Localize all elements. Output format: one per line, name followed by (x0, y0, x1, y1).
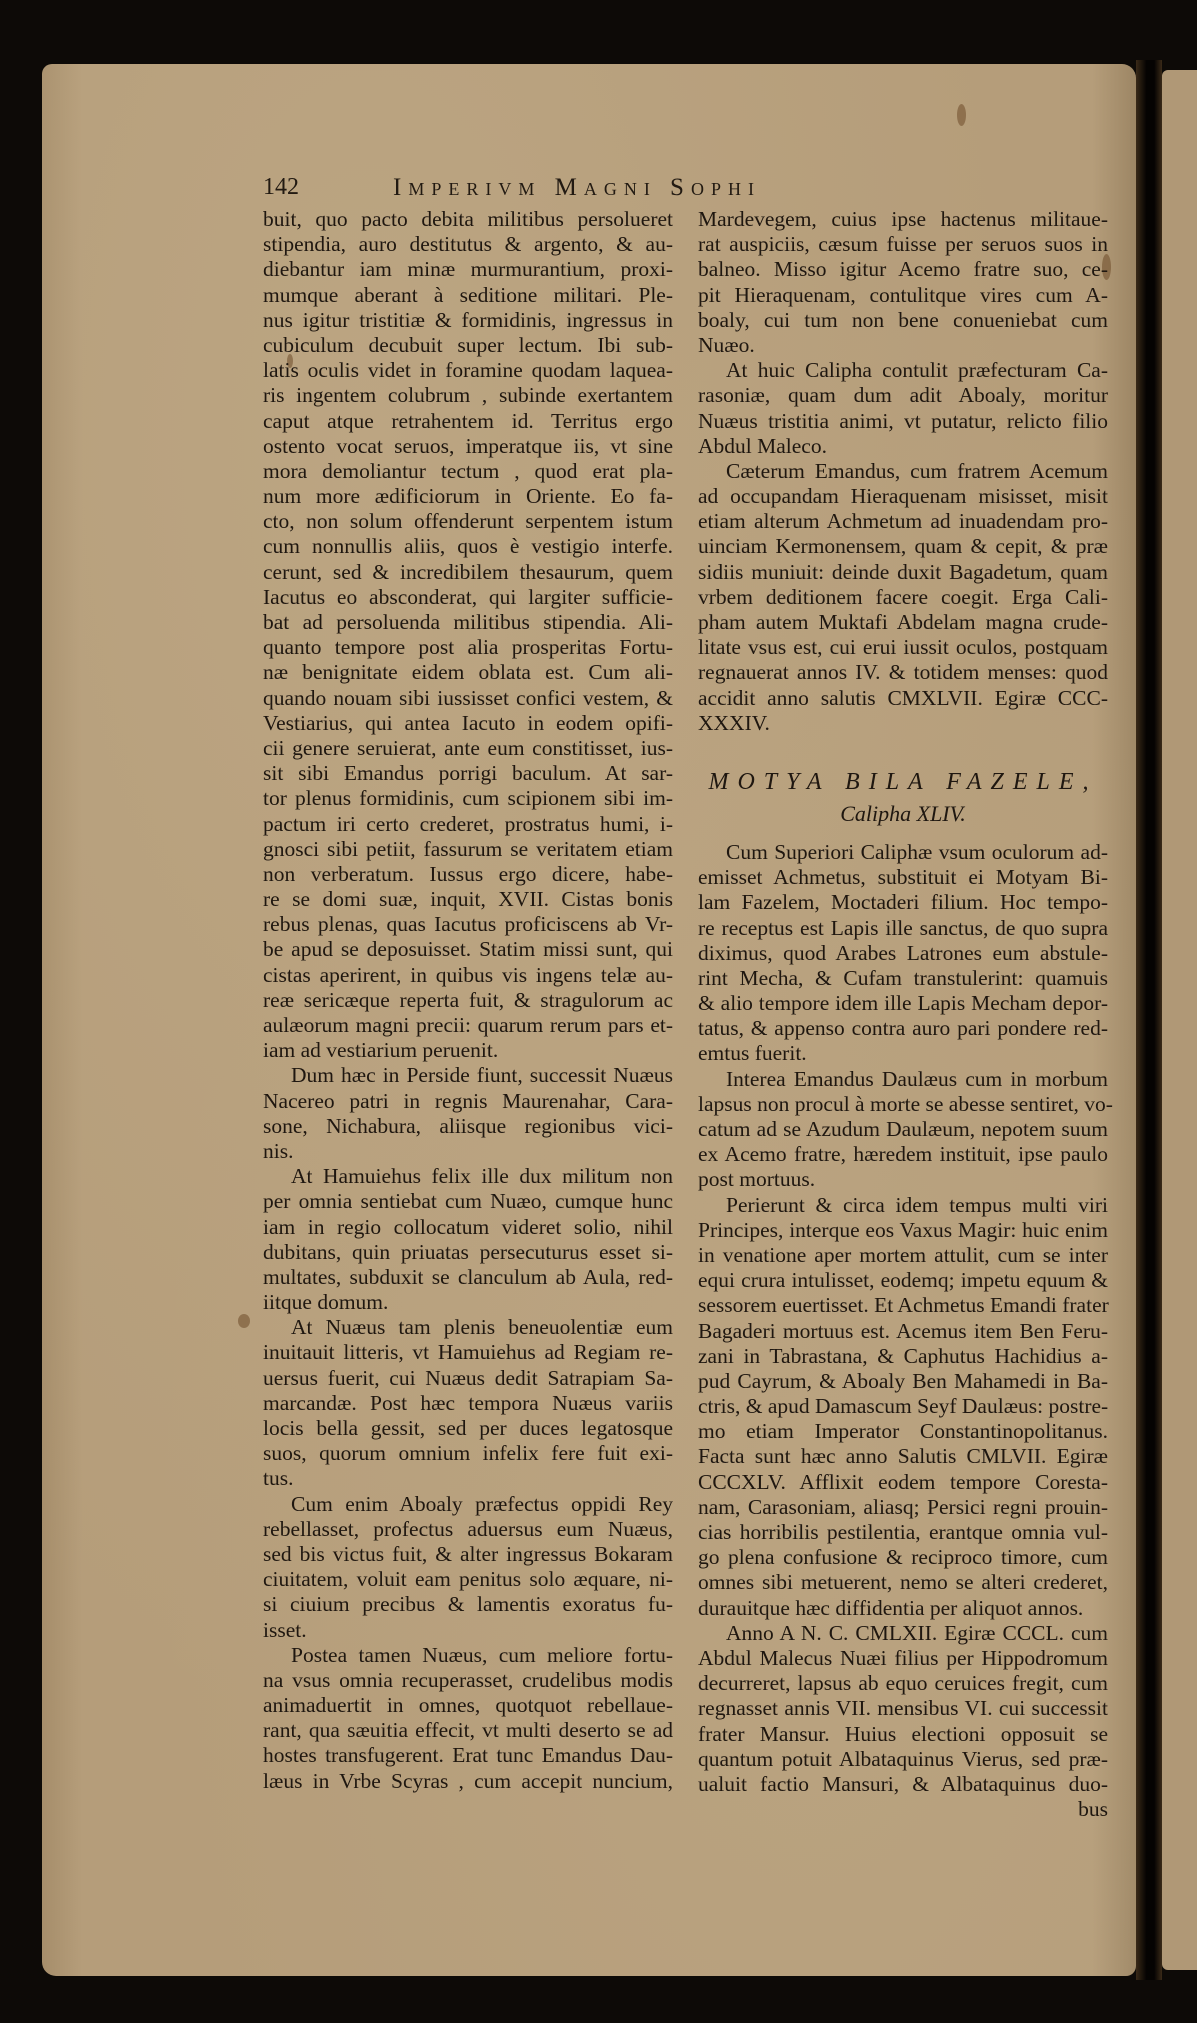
text-line: tatus, & appenso contra auro pari ponder… (698, 1016, 1108, 1041)
text-line: Cum enim Aboaly præfectus oppidi Rey (263, 1492, 673, 1517)
text-line: XXXIV. (698, 711, 1108, 736)
text-line: ostento vocat seruos, imperatque iis, vt… (263, 434, 673, 459)
text-line: sit sibi Emandus porrigi baculum. At sar… (263, 761, 673, 786)
text-line: cto, non solum offenderunt serpentem ist… (263, 509, 673, 534)
text-line: si ciuium precibus & lamentis exoratus f… (263, 1592, 673, 1617)
text-line: hostes transfugerent. Erat tunc Emandus … (263, 1743, 673, 1768)
section-heading: MOTYA BILA FAZELE, (698, 770, 1108, 800)
text-line: Vestiarius, qui antea Iacuto in eodem op… (263, 711, 673, 736)
text-line: Mardevegem, cuius ipse hactenus militaue… (698, 207, 1108, 232)
text-line: Facta sunt hæc anno Salutis CMLVII. Egir… (698, 1444, 1108, 1469)
text-line: cerunt, sed & incredibilem thesaurum, qu… (263, 560, 673, 585)
text-line: rebus plenas, quas Iacutus proficiscens … (263, 912, 673, 937)
text-line: Nuæus tristitia animi, vt putatur, relic… (698, 409, 1108, 434)
text-line: marcandæ. Post hæc tempora Nuæus variis (263, 1391, 673, 1416)
text-line: rat auspiciis, cæsum fuisse per seruos s… (698, 232, 1108, 257)
text-line: At Nuæus tam plenis beneuolentiæ eum (263, 1315, 673, 1340)
text-line: emtus fuerit. (698, 1041, 1108, 1066)
text-line: be apud se deposuisset. Statim missi sun… (263, 937, 673, 962)
text-line: iam in regio collocatum videret solio, n… (263, 1215, 673, 1240)
text-line: Abdul Malecus Nuæi filius per Hippodromu… (698, 1646, 1108, 1671)
catchword: bus (698, 1797, 1108, 1822)
text-line: isset. (263, 1618, 673, 1643)
text-line: etiam alterum Achmetum ad inuadendam pro… (698, 509, 1108, 534)
book-gutter (1136, 60, 1162, 1980)
text-line: sed bis victus fuit, & alter ingressus B… (263, 1542, 673, 1567)
facing-page-edge (1162, 70, 1197, 1970)
text-line: lam Fazelem, Moctaderi filium. Hoc tempo… (698, 890, 1108, 915)
text-line: mora demoliantur tectum , quod erat pla- (263, 459, 673, 484)
text-line: mo etiam Imperator Constantinopolitanus. (698, 1419, 1108, 1444)
text-line: Iacutus eo absconderat, qui largiter suf… (263, 585, 673, 610)
text-line: na vsus omnia recuperasset, crudelibus m… (263, 1668, 673, 1693)
text-line: Interea Emandus Daulæus cum in morbum (698, 1067, 1108, 1092)
text-line: Anno A N. C. CMLXII. Egiræ CCCL. cum (698, 1621, 1108, 1646)
text-line: rebellasset, profectus aduersus eum Nuæu… (263, 1517, 673, 1542)
text-line: reæ sericæque reperta fuit, & straguloru… (263, 988, 673, 1013)
text-line: Principes, interque eos Vaxus Magir: hui… (698, 1218, 1108, 1243)
text-line: cubiculum decubuit super lectum. Ibi sub… (263, 333, 673, 358)
right-text-after-heading: Cum Superiori Caliphæ vsum oculorum ad-e… (698, 840, 1108, 1797)
section-subheading: Calipha XLIV. (698, 800, 1108, 840)
text-line: mumque aberant à seditione militari. Ple… (263, 283, 673, 308)
text-line: iitque domum. (263, 1290, 673, 1315)
left-text-column: buit, quo pacto debita militibus persolu… (263, 207, 673, 1794)
text-line: bat ad persoluenda militibus stipendia. … (263, 610, 673, 635)
text-line: buit, quo pacto debita militibus persolu… (263, 207, 673, 232)
text-line: Perierunt & circa idem tempus multi viri (698, 1193, 1108, 1218)
text-line: ctris, & apud Damascum Seyf Daulæus: pos… (698, 1394, 1108, 1419)
text-line: animaduertit in omnes, quotquot rebellau… (263, 1693, 673, 1718)
text-line: tor plenus formidinis, cum scipionem sib… (263, 786, 673, 811)
text-line: sone, Nichabura, aliisque regionibus vic… (263, 1114, 673, 1139)
text-line: At huic Calipha contulit præfecturam Ca- (698, 358, 1108, 383)
text-line: pud Cayrum, & Aboaly Ben Mahamedi in Ba- (698, 1369, 1108, 1394)
text-line: Abdul Maleco. (698, 434, 1108, 459)
text-line: ris ingentem colubrum , subinde exertant… (263, 383, 673, 408)
text-line: catum ad se Azudum Daulæum, nepotem suum (698, 1117, 1108, 1142)
text-line: Dum hæc in Perside fiunt, successit Nuæu… (263, 1063, 673, 1088)
text-line: balneo. Misso igitur Acemo fratre suo, c… (698, 257, 1108, 282)
stain (957, 104, 966, 126)
text-line: ciuitatem, voluit eam penitus solo æquar… (263, 1567, 673, 1592)
text-line: re se domi suæ, inquit, XVII. Cistas bon… (263, 887, 673, 912)
text-line: num more ædificiorum in Oriente. Eo fa- (263, 484, 673, 509)
text-line: nus igitur tristitiæ & formidinis, ingre… (263, 308, 673, 333)
text-line: cum nonnullis aliis, quos è vestigio int… (263, 534, 673, 559)
text-line: ex Acemo fratre, hæredem instituit, ipse… (698, 1142, 1108, 1167)
text-line: & alio tempore idem ille Lapis Mecham de… (698, 991, 1108, 1016)
text-line: iam ad vestiarium peruenit. (263, 1038, 673, 1063)
text-line: re receptus est Lapis ille sanctus, de q… (698, 916, 1108, 941)
text-line: boaly, cui tum non bene conueniebat cum (698, 308, 1108, 333)
running-head: 142 Imperivm Magni Sophi (263, 174, 1103, 204)
text-line: gnosci sibi petiit, fassurum se veritate… (263, 837, 673, 862)
text-line: zani in Tabrastana, & Caphutus Hachidius… (698, 1344, 1108, 1369)
page-number: 142 (263, 174, 299, 201)
text-line: Postea tamen Nuæus, cum meliore fortu- (263, 1643, 673, 1668)
text-line: At Hamuiehus felix ille dux militum non (263, 1164, 673, 1189)
text-line: non verberatum. Iussus ergo dicere, habe… (263, 862, 673, 887)
text-line: rasoniæ, quam dum adit Aboaly, moritur (698, 383, 1108, 408)
text-line: ualuit factio Mansuri, & Albataquinus du… (698, 1772, 1108, 1797)
text-line: decurreret, lapsus ab equo ceruices freg… (698, 1671, 1108, 1696)
text-line: vrbem deditionem facere coegit. Erga Cal… (698, 585, 1108, 610)
right-text-column: Mardevegem, cuius ipse hactenus militaue… (698, 207, 1108, 1822)
text-line: pit Hieraquenam, contulitque vires cum A… (698, 283, 1108, 308)
text-line: rant, qua sæuitia effecit, vt multi dese… (263, 1718, 673, 1743)
text-line: CCCXLV. Afflixit eodem tempore Coresta- (698, 1470, 1108, 1495)
text-line: go plena confusione & reciproco timore, … (698, 1545, 1108, 1570)
text-line: omnes sibi metuerent, nemo se alteri cre… (698, 1570, 1108, 1595)
text-line: nam, Carasoniam, aliasq; Persici regni p… (698, 1495, 1108, 1520)
text-line: tus. (263, 1466, 673, 1491)
text-line: cistas aperirent, in quibus vis ingens t… (263, 963, 673, 988)
text-line: Nuæo. (698, 333, 1108, 358)
text-line: læus in Vrbe Scyras , cum accepit nunciu… (263, 1769, 673, 1794)
text-line: emisset Achmetus, substituit ei Motyam B… (698, 865, 1108, 890)
text-line: uinciam Kermonensem, quam & cepit, & præ (698, 534, 1108, 559)
text-line: pham autem Muktafi Abdelam magna crude- (698, 610, 1108, 635)
text-line: stipendia, auro destitutus & argento, & … (263, 232, 673, 257)
text-line: lapsus non procul à morte se abesse sent… (698, 1092, 1108, 1117)
stain (238, 1314, 250, 1328)
text-line: Cæterum Emandus, cum fratrem Acemum (698, 459, 1108, 484)
text-line: diebantur iam minæ murmurantium, proxi- (263, 257, 673, 282)
text-line: diximus, quod Arabes Latrones eum abstul… (698, 941, 1108, 966)
text-line: per omnia sentiebat cum Nuæo, cumque hun… (263, 1189, 673, 1214)
text-line: rint Mecha, & Cufam transtulerint: quamu… (698, 966, 1108, 991)
text-line: equi crura intulisset, eodemq; impetu eq… (698, 1268, 1108, 1293)
text-line: post mortuus. (698, 1167, 1108, 1192)
text-line: Cum Superiori Caliphæ vsum oculorum ad- (698, 840, 1108, 865)
text-line: accidit anno salutis CMXLVII. Egiræ CCC- (698, 686, 1108, 711)
text-line: dubitans, quin priuatas persecuturus ess… (263, 1240, 673, 1265)
text-line: Nacereo patri in regnis Maurenahar, Cara… (263, 1089, 673, 1114)
text-line: locis bella gessit, sed per duces legato… (263, 1416, 673, 1441)
text-line: multates, subduxit se clanculum ab Aula,… (263, 1265, 673, 1290)
text-line: cias horribilis pestilentia, erantque om… (698, 1520, 1108, 1545)
text-line: sessorem euertisset. Et Achmetus Emandi … (698, 1293, 1108, 1318)
text-line: regnasset annis VII. mensibus VI. cui su… (698, 1696, 1108, 1721)
text-line: sidiis muniuit: deinde duxit Bagadetum, … (698, 560, 1108, 585)
text-line: inuitauit litteris, vt Hamuiehus ad Regi… (263, 1340, 673, 1365)
text-line: litate vsus est, cui erui iussit oculos,… (698, 635, 1108, 660)
right-text-before-heading: Mardevegem, cuius ipse hactenus militaue… (698, 207, 1108, 736)
text-line: ad occupandam Hieraquenam misisset, misi… (698, 484, 1108, 509)
text-line: frater Mansur. Huius electioni opposuit … (698, 1722, 1108, 1747)
text-line: latis oculis videt in foramine quodam la… (263, 358, 673, 383)
running-title: Imperivm Magni Sophi (393, 174, 761, 202)
text-line: nis. (263, 1139, 673, 1164)
text-line: quanto tempore post alia prosperitas For… (263, 635, 673, 660)
text-line: quando nouam sibi iussisset confici vest… (263, 686, 673, 711)
text-line: durauitque hæc diffidentia per aliquot a… (698, 1596, 1108, 1621)
text-line: caput atque retrahentem id. Territus erg… (263, 409, 673, 434)
text-line: cii genere seruierat, ante eum constitis… (263, 736, 673, 761)
text-line: suos, quorum omnium infelix fere fuit ex… (263, 1441, 673, 1466)
text-line: næ benignitate eidem oblata est. Cum ali… (263, 660, 673, 685)
text-line: in venatione aper mortem attulit, cum se… (698, 1243, 1108, 1268)
text-line: pactum iri certo crederet, prostratus hu… (263, 812, 673, 837)
text-line: uersus fuerit, cui Nuæus dedit Satrapiam… (263, 1366, 673, 1391)
text-line: regnauerat annos IV. & totidem menses: q… (698, 660, 1108, 685)
text-line: quantum potuit Albataquinus Vierus, sed … (698, 1747, 1108, 1772)
text-line: Bagaderi mortuus est. Acemus item Ben Fe… (698, 1319, 1108, 1344)
text-line: aulæorum magni precii: quarum rerum pars… (263, 1013, 673, 1038)
